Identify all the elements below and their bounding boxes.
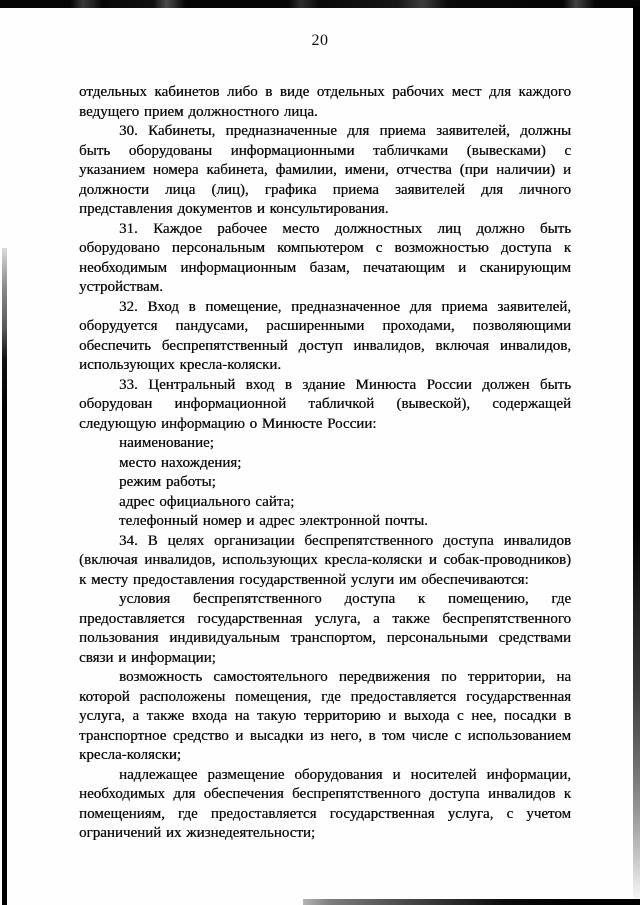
paragraph: условия беспрепятственного доступа к пом… (79, 590, 571, 668)
paragraph: адрес официального сайта; (79, 493, 571, 513)
scan-border-left (2, 248, 7, 905)
paragraph: наименование; (79, 434, 571, 454)
paragraph: режим работы; (79, 473, 571, 493)
paragraph: 34. В целях организации беспрепятственно… (79, 532, 571, 591)
paragraph: 33. Центральный вход в здание Минюста Ро… (79, 376, 571, 435)
page-number: 20 (0, 32, 640, 50)
scan-border-bottom (303, 899, 640, 905)
paragraph: отдельных кабинетов либо в виде отдельны… (79, 83, 571, 122)
paragraph: надлежащее размещение оборудования и нос… (79, 766, 571, 844)
paragraph: 32. Вход в помещение, предназначенное дл… (79, 298, 571, 376)
document-body: отдельных кабинетов либо в виде отдельны… (79, 83, 571, 844)
scanned-document-page: 20 отдельных кабинетов либо в виде отдел… (0, 0, 640, 905)
paragraph: место нахождения; (79, 454, 571, 474)
paragraph: телефонный номер и адрес электронной поч… (79, 512, 571, 532)
paragraph: 30. Кабинеты, предназначенные для приема… (79, 122, 571, 220)
scan-border-right (633, 6, 640, 905)
paragraph: возможность самостоятельного передвижени… (79, 668, 571, 766)
scan-border-top (0, 0, 640, 8)
paragraph: 31. Каждое рабочее место должностных лиц… (79, 220, 571, 298)
